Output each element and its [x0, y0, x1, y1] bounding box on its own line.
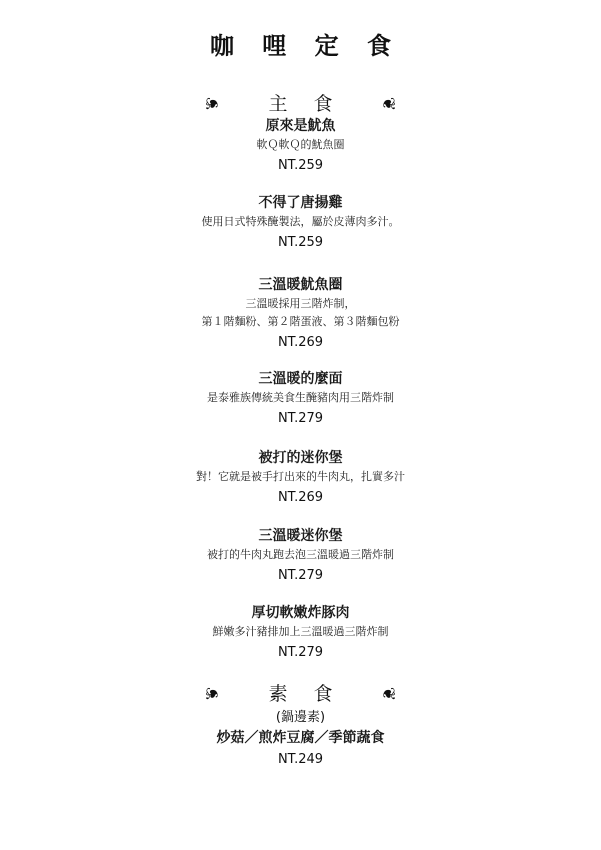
- item-description: 對！它就是被手打出來的牛肉丸，扎實多汁: [0, 468, 601, 486]
- section-title: 素食: [242, 682, 358, 706]
- item-description: 被打的牛肉丸跑去泡三溫暖過三階炸制: [0, 546, 601, 564]
- item-name: 原來是魷魚: [0, 116, 601, 136]
- item-price: NT.269: [0, 332, 601, 354]
- item-price: NT.259: [0, 155, 601, 177]
- menu-item: (鍋邊素) 炒菇／煎炸豆腐／季節蔬食 NT.249: [0, 708, 601, 771]
- menu-item: 被打的迷你堡 對！它就是被手打出來的牛肉丸，扎實多汁 NT.269: [0, 448, 601, 509]
- item-price: NT.249: [0, 749, 601, 771]
- item-name: 三溫暖迷你堡: [0, 526, 601, 546]
- item-description: 軟Ｑ軟Ｑ的魷魚圈: [0, 136, 601, 154]
- menu-item: 三溫暖迷你堡 被打的牛肉丸跑去泡三溫暖過三階炸制 NT.279: [0, 526, 601, 587]
- item-name: 被打的迷你堡: [0, 448, 601, 468]
- item-price: NT.259: [0, 232, 601, 254]
- item-description: 三溫暖採用三階炸制，: [0, 295, 601, 313]
- item-description: 第１階麵粉、第２階蛋液、第３階麵包粉: [0, 313, 601, 331]
- menu-page: 咖 哩 定 食 ❦ 主食 ❦ 原來是魷魚 軟Ｑ軟Ｑ的魷魚圈 NT.259 不得了…: [0, 0, 601, 850]
- item-name: 不得了唐揚雞: [0, 193, 601, 213]
- item-price: NT.279: [0, 408, 601, 430]
- floral-ornament-right-icon: ❦: [376, 93, 400, 115]
- item-name: 厚切軟嫩炸豚肉: [0, 603, 601, 623]
- floral-ornament-left-icon: ❦: [201, 683, 225, 705]
- floral-ornament-left-icon: ❦: [201, 93, 225, 115]
- menu-item: 三溫暖的麼面 是泰雅族傳統美食生醃豬肉用三階炸制 NT.279: [0, 369, 601, 430]
- item-subtitle: (鍋邊素): [0, 708, 601, 728]
- item-name: 三溫暖的麼面: [0, 369, 601, 389]
- menu-item: 不得了唐揚雞 使用日式特殊醃製法，屬於皮薄肉多汁。 NT.259: [0, 193, 601, 254]
- item-name: 炒菇／煎炸豆腐／季節蔬食: [0, 728, 601, 748]
- item-price: NT.279: [0, 642, 601, 664]
- item-price: NT.279: [0, 565, 601, 587]
- menu-item: 原來是魷魚 軟Ｑ軟Ｑ的魷魚圈 NT.259: [0, 116, 601, 177]
- section-title: 主食: [242, 92, 358, 116]
- section-header-vegetarian: ❦ 素食 ❦: [0, 682, 601, 706]
- item-name: 三溫暖魷魚圈: [0, 275, 601, 295]
- menu-item: 三溫暖魷魚圈 三溫暖採用三階炸制， 第１階麵粉、第２階蛋液、第３階麵包粉 NT.…: [0, 275, 601, 354]
- section-header-main: ❦ 主食 ❦: [0, 92, 601, 116]
- item-description: 使用日式特殊醃製法，屬於皮薄肉多汁。: [0, 213, 601, 231]
- item-price: NT.269: [0, 487, 601, 509]
- menu-item: 厚切軟嫩炸豚肉 鮮嫩多汁豬排加上三溫暖過三階炸制 NT.279: [0, 603, 601, 664]
- item-description: 鮮嫩多汁豬排加上三溫暖過三階炸制: [0, 623, 601, 641]
- floral-ornament-right-icon: ❦: [376, 683, 400, 705]
- item-description: 是泰雅族傳統美食生醃豬肉用三階炸制: [0, 389, 601, 407]
- menu-title: 咖 哩 定 食: [0, 30, 601, 62]
